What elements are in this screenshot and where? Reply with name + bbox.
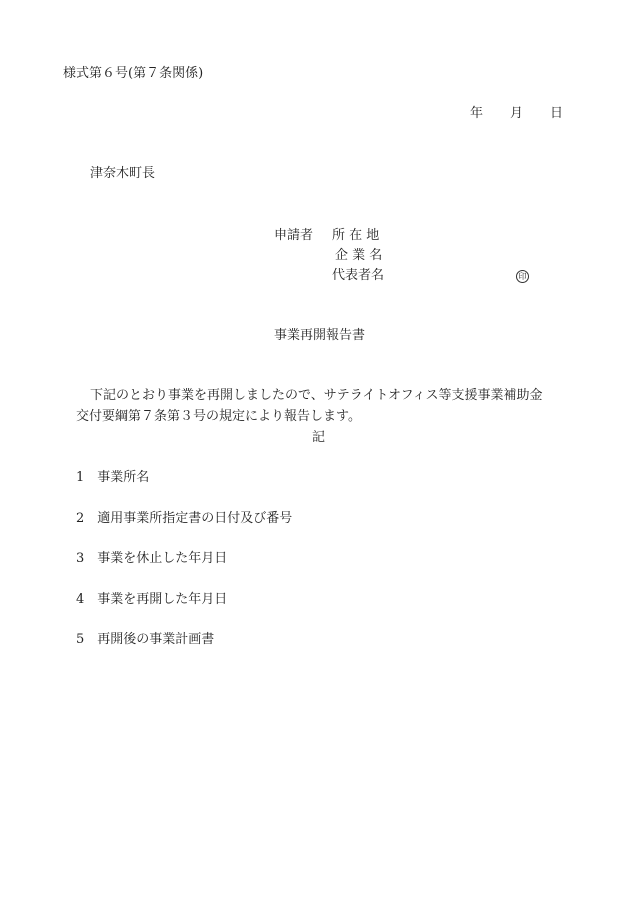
list-item: 4事業を再開した年月日 (76, 592, 227, 608)
item-label: 事業を休止した年月日 (97, 551, 227, 566)
body-line-1: 下記のとおり事業を再開しましたので、サテライトオフィス等支援事業補助金 (90, 388, 543, 404)
document-title: 事業再開報告書 (274, 328, 365, 344)
date-day-label: 日 (550, 106, 563, 122)
address-label: 所 在 地 (332, 228, 379, 244)
list-item: 2適用事業所指定書の日付及び番号 (76, 511, 292, 527)
list-item: 3事業を休止した年月日 (76, 551, 227, 567)
item-number: 1 (76, 470, 84, 485)
applicant-label: 申請者 (274, 228, 313, 244)
item-number: 3 (76, 551, 84, 566)
ki-heading: 記 (312, 430, 325, 446)
item-number: 4 (76, 592, 84, 607)
form-number: 様式第６号(第７条関係) (63, 66, 203, 82)
representative-label: 代表者名 (332, 268, 384, 284)
seal-mark: 印 (516, 268, 529, 284)
seal-icon: 印 (516, 270, 529, 283)
item-label: 再開後の事業計画書 (97, 632, 214, 647)
list-item: 1事業所名 (76, 470, 149, 486)
list-item: 5再開後の事業計画書 (76, 632, 214, 648)
item-label: 適用事業所指定書の日付及び番号 (97, 511, 292, 526)
item-number: 5 (76, 632, 84, 647)
body-line-2: 交付要綱第７条第３号の規定により報告します。 (76, 409, 361, 425)
item-number: 2 (76, 511, 84, 526)
item-label: 事業所名 (97, 470, 149, 485)
item-label: 事業を再開した年月日 (97, 592, 227, 607)
company-name-label: 企 業 名 (335, 248, 382, 264)
addressee: 津奈木町長 (90, 166, 155, 182)
date-year-label: 年 (470, 106, 483, 122)
date-month-label: 月 (510, 106, 523, 122)
